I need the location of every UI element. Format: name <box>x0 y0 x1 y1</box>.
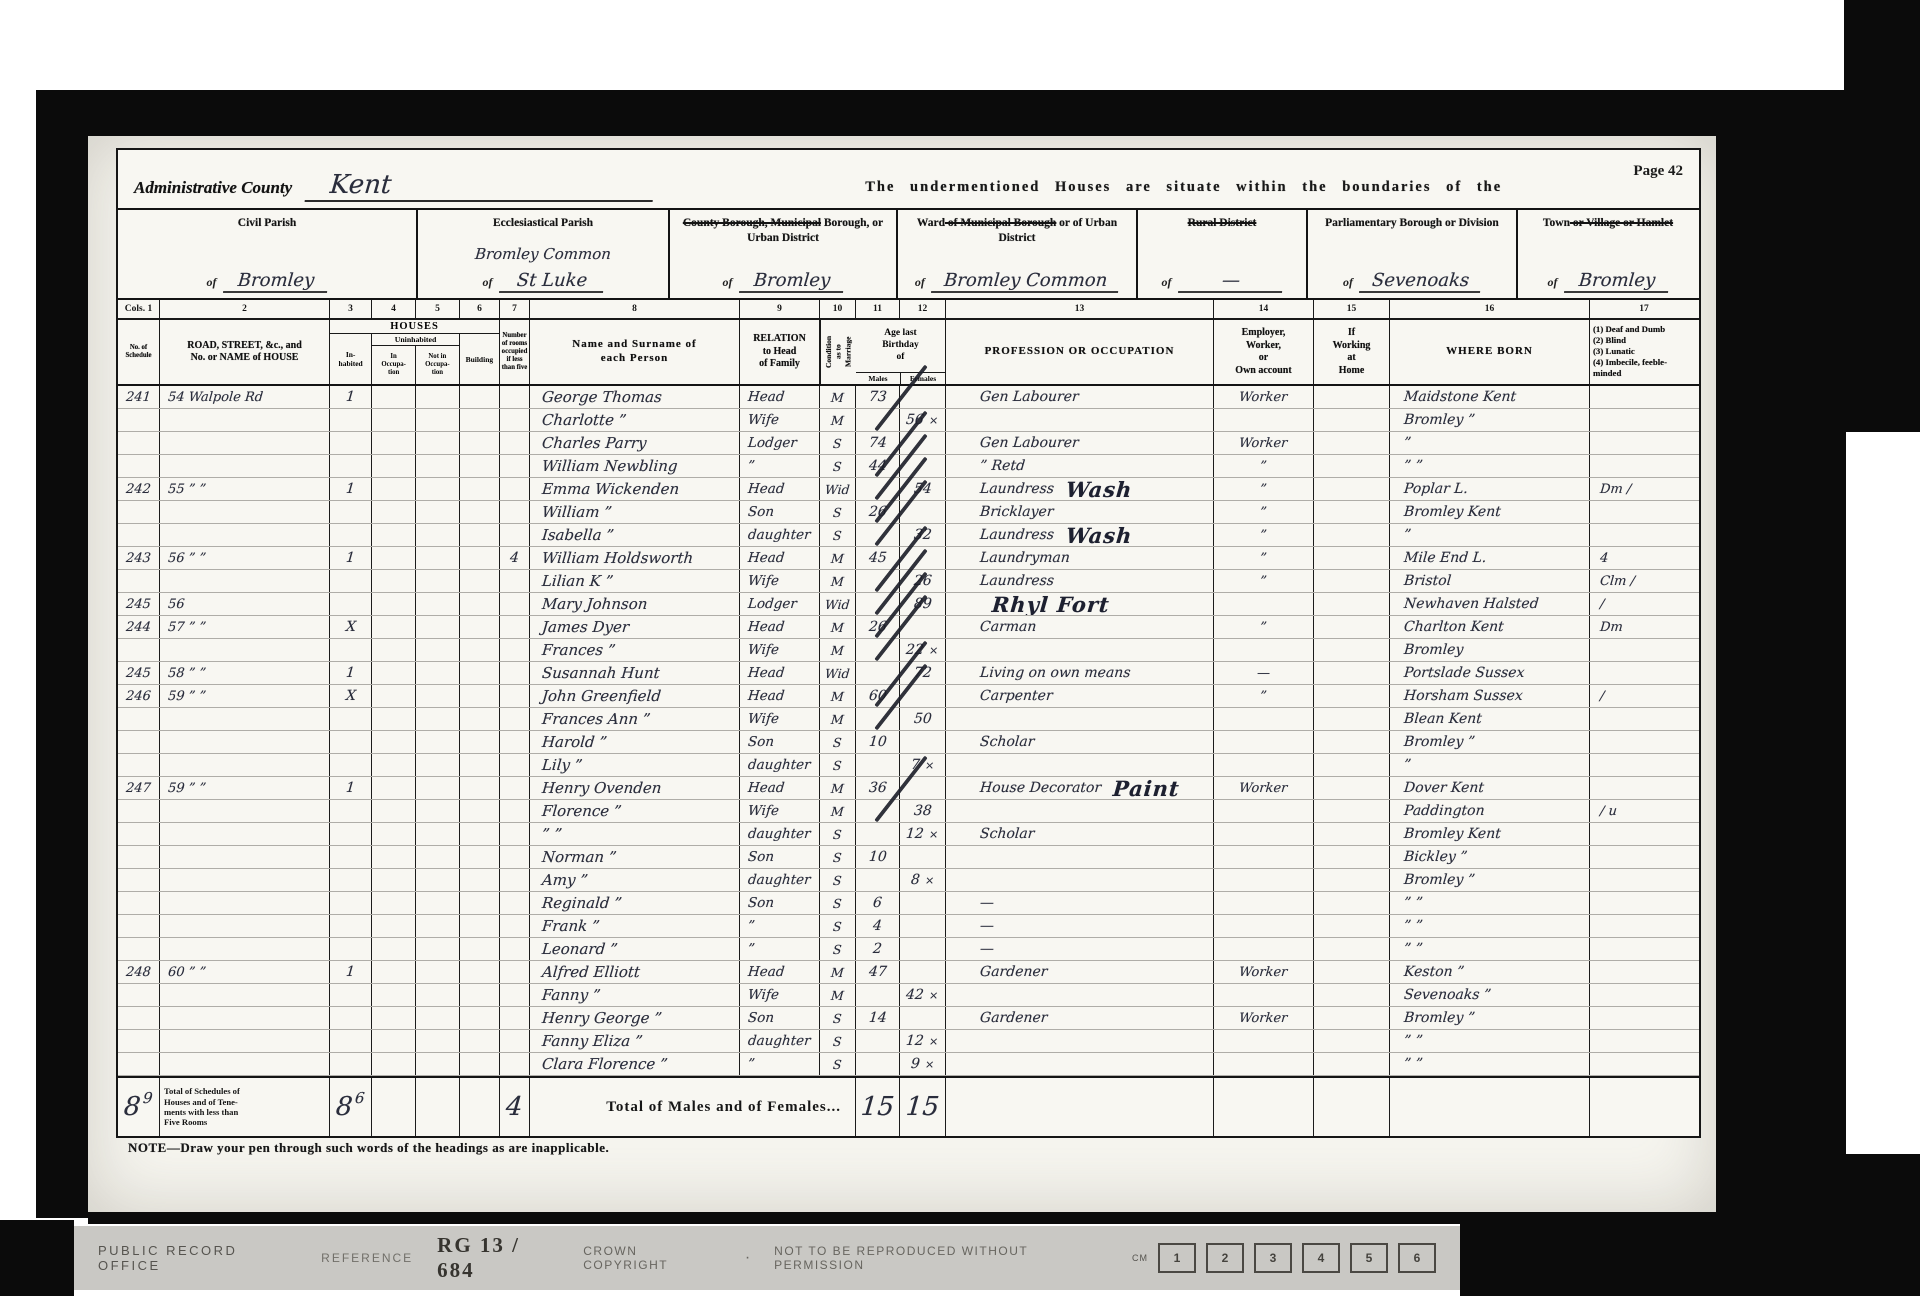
cell-rooms <box>500 961 530 983</box>
cell-unocc <box>372 708 416 730</box>
cell-rel: ” <box>740 1053 820 1075</box>
cell-name: Charlotte ” <box>530 409 740 431</box>
cell-rooms <box>500 915 530 937</box>
cell-am <box>856 869 900 891</box>
cell-unocc <box>372 662 416 684</box>
cell-addr <box>160 869 330 891</box>
cell-emp <box>1214 938 1314 960</box>
cell-rooms <box>500 869 530 891</box>
table-row: Reginald ”SonS6—” ” <box>118 892 1699 915</box>
cell-addr: 55 ” ” <box>160 478 330 500</box>
cell-name: Clara Florence ” <box>530 1053 740 1075</box>
cell-born: ” <box>1390 754 1590 776</box>
cell-bldg <box>460 1007 500 1029</box>
cell-inf <box>1590 754 1698 776</box>
cell-af: 50 <box>900 708 946 730</box>
cell-emp <box>1214 731 1314 753</box>
column-number: 9 <box>740 300 820 318</box>
header-in-occupation: In Occupa- tion <box>372 346 416 384</box>
cell-am <box>856 1053 900 1075</box>
cell-home <box>1314 478 1390 500</box>
cell-home <box>1314 455 1390 477</box>
cell-am <box>856 754 900 776</box>
cell-unnot <box>416 593 460 615</box>
page-number: Page 42 <box>1633 163 1699 208</box>
district-value: — <box>1177 270 1283 293</box>
cell-inf <box>1590 846 1698 868</box>
cell-rel: ” <box>740 938 820 960</box>
cell-cond: S <box>820 501 856 523</box>
header-males: Males <box>856 373 901 384</box>
cell-rel: Son <box>740 731 820 753</box>
cell-af: 12× <box>900 1030 946 1052</box>
table-row: Frank ””S4—” ” <box>118 915 1699 938</box>
cell-addr <box>160 823 330 845</box>
cell-rel: Head <box>740 386 820 408</box>
column-number: 7 <box>500 300 530 318</box>
cell-sched: 245 <box>118 662 160 684</box>
cell-af: 38 <box>900 800 946 822</box>
cell-rel: Head <box>740 961 820 983</box>
cell-name: Emma Wickenden <box>530 478 740 500</box>
cell-rel: Head <box>740 478 820 500</box>
cell-emp: ” <box>1214 501 1314 523</box>
cell-am: 14 <box>856 1007 900 1029</box>
cell-inf <box>1590 823 1698 845</box>
table-row: 24860 ” ”1Alfred ElliottHeadM47GardenerW… <box>118 961 1699 984</box>
cell-addr: 60 ” ” <box>160 961 330 983</box>
cell-inf <box>1590 938 1698 960</box>
cell-rel: Head <box>740 685 820 707</box>
cell-rel: Son <box>740 846 820 868</box>
cell-unnot <box>416 846 460 868</box>
cell-home <box>1314 570 1390 592</box>
table-row: Frances ”WifeM22×Bromley <box>118 639 1699 662</box>
cell-name: Reginald ” <box>530 892 740 914</box>
footer-reference: RG 13 / 684 <box>437 1233 559 1283</box>
footer-notice: NOT TO BE REPRODUCED WITHOUT PERMISSION <box>774 1244 1108 1272</box>
cell-home <box>1314 915 1390 937</box>
district-value: Sevenoaks <box>1359 270 1482 293</box>
cell-rooms <box>500 685 530 707</box>
cell-occ <box>946 708 1214 730</box>
cell-emp <box>1214 915 1314 937</box>
footer-copyright: CROWN COPYRIGHT <box>583 1244 721 1272</box>
column-number: 2 <box>160 300 330 318</box>
cell-rel: Son <box>740 501 820 523</box>
cell-af <box>900 731 946 753</box>
cell-inh: 1 <box>330 386 372 408</box>
cell-cond: M <box>820 685 856 707</box>
table-row: Clara Florence ””S9×” ” <box>118 1053 1699 1076</box>
cell-unocc <box>372 455 416 477</box>
cell-cond: S <box>820 938 856 960</box>
cell-addr: 56 <box>160 593 330 615</box>
header-infirmities: (1) Deaf and Dumb (2) Blind (3) Lunatic … <box>1590 320 1698 384</box>
cell-unocc <box>372 823 416 845</box>
cell-inf: Clm / <box>1590 570 1698 592</box>
cell-unnot <box>416 662 460 684</box>
cell-born: Newhaven Halsted <box>1390 593 1590 615</box>
cell-name: Amy ” <box>530 869 740 891</box>
cell-rel: ” <box>740 915 820 937</box>
cell-inh <box>330 570 372 592</box>
cell-af <box>900 938 946 960</box>
cell-cond: M <box>820 984 856 1006</box>
cell-cond: Wid <box>820 662 856 684</box>
cell-emp <box>1214 846 1314 868</box>
cell-unocc <box>372 1007 416 1029</box>
cell-bldg <box>460 708 500 730</box>
cell-cond: Wid <box>820 478 856 500</box>
cell-emp: Worker <box>1214 386 1314 408</box>
cell-cond: M <box>820 961 856 983</box>
cell-unnot <box>416 455 460 477</box>
cell-addr <box>160 1007 330 1029</box>
cell-sched: 241 <box>118 386 160 408</box>
admin-county-value: Kent <box>305 170 656 202</box>
cell-inh <box>330 432 372 454</box>
cell-am: 4 <box>856 915 900 937</box>
cell-unocc <box>372 915 416 937</box>
cell-rel: daughter <box>740 1030 820 1052</box>
header-rooms: Number of rooms occupied if less than fi… <box>500 320 530 384</box>
cell-af: 9× <box>900 1053 946 1075</box>
column-number: 15 <box>1314 300 1390 318</box>
pen-annotation: Wash <box>1065 524 1134 546</box>
table-row: Florence ”WifeM38Paddington/ u <box>118 800 1699 823</box>
cell-am <box>856 1030 900 1052</box>
cell-rel: daughter <box>740 754 820 776</box>
cell-unnot <box>416 915 460 937</box>
cell-unnot <box>416 869 460 891</box>
cell-addr <box>160 938 330 960</box>
cell-addr <box>160 731 330 753</box>
cell-cond: S <box>820 1007 856 1029</box>
cell-inh: 1 <box>330 478 372 500</box>
cell-rooms <box>500 800 530 822</box>
cell-unocc <box>372 409 416 431</box>
cell-unnot <box>416 961 460 983</box>
cell-home <box>1314 386 1390 408</box>
cell-cond: S <box>820 823 856 845</box>
cell-inh <box>330 892 372 914</box>
cell-sched <box>118 731 160 753</box>
cell-sched <box>118 570 160 592</box>
cell-home <box>1314 731 1390 753</box>
cell-inh <box>330 846 372 868</box>
cell-unnot <box>416 570 460 592</box>
cell-born: ” ” <box>1390 892 1590 914</box>
cell-unnot <box>416 938 460 960</box>
cell-cond: S <box>820 1053 856 1075</box>
header-uninhabited: Uninhabited <box>372 334 458 346</box>
note-line: NOTE—Draw your pen through such words of… <box>128 1140 609 1156</box>
cell-cond: S <box>820 731 856 753</box>
cell-inf <box>1590 1053 1698 1075</box>
cell-addr: 54 Walpole Rd <box>160 386 330 408</box>
total-rooms: 4 <box>500 1078 530 1136</box>
cell-emp <box>1214 708 1314 730</box>
cell-home <box>1314 984 1390 1006</box>
cell-emp <box>1214 869 1314 891</box>
total-males: 15 <box>856 1078 900 1136</box>
cell-born: Mile End L. <box>1390 547 1590 569</box>
cell-home <box>1314 823 1390 845</box>
cell-inf: / <box>1590 685 1698 707</box>
cell-cond: S <box>820 455 856 477</box>
cell-born: Sevenoaks ” <box>1390 984 1590 1006</box>
cell-inf <box>1590 409 1698 431</box>
cell-sched <box>118 708 160 730</box>
scan-border-top-right <box>1844 0 1920 432</box>
cell-inh <box>330 708 372 730</box>
pen-annotation: Rhyl Fort <box>991 593 1111 615</box>
cell-sched <box>118 1030 160 1052</box>
cell-born: Portslade Sussex <box>1390 662 1590 684</box>
district-value: Bromley <box>1563 270 1669 293</box>
cell-name: William Holdsworth <box>530 547 740 569</box>
cell-rooms <box>500 984 530 1006</box>
cell-inf <box>1590 915 1698 937</box>
cell-occ: — <box>946 915 1214 937</box>
cell-rooms <box>500 386 530 408</box>
cell-unocc <box>372 639 416 661</box>
cell-unocc <box>372 754 416 776</box>
cell-rel: Son <box>740 892 820 914</box>
cell-inh <box>330 639 372 661</box>
cell-name: Harold ” <box>530 731 740 753</box>
cell-bldg <box>460 570 500 592</box>
cell-occ <box>946 1053 1214 1075</box>
cell-occ: Gen Labourer <box>946 432 1214 454</box>
footer-cm-label: CM <box>1132 1253 1148 1263</box>
table-row: Henry George ”SonS14GardenerWorkerBromle… <box>118 1007 1699 1030</box>
cell-home <box>1314 547 1390 569</box>
cell-addr <box>160 455 330 477</box>
table-row: Fanny Eliza ”daughterS12×” ” <box>118 1030 1699 1053</box>
cell-occ: — <box>946 938 1214 960</box>
cell-bldg <box>460 409 500 431</box>
cell-inf <box>1590 1030 1698 1052</box>
cell-sched <box>118 639 160 661</box>
cell-occ: Bricklayer <box>946 501 1214 523</box>
cell-inh: 1 <box>330 547 372 569</box>
cell-unnot <box>416 1053 460 1075</box>
cell-born: Maidstone Kent <box>1390 386 1590 408</box>
total-inhabited: 86 <box>330 1078 372 1136</box>
cell-name: Norman ” <box>530 846 740 868</box>
cell-sched <box>118 455 160 477</box>
cell-cond: S <box>820 869 856 891</box>
district-header: County Borough, Municipal Borough, or Ur… <box>670 210 898 298</box>
cell-emp <box>1214 984 1314 1006</box>
cell-sched <box>118 915 160 937</box>
header-uninhabited-group: Uninhabited In Occupa- tion Not in Occup… <box>372 334 459 384</box>
cell-addr: 56 ” ” <box>160 547 330 569</box>
cell-name: Lily ” <box>530 754 740 776</box>
cell-rooms <box>500 570 530 592</box>
cell-born: Bromley ” <box>1390 409 1590 431</box>
cell-unnot <box>416 892 460 914</box>
cell-sched: 243 <box>118 547 160 569</box>
cell-occ <box>946 409 1214 431</box>
cell-name: Fanny Eliza ” <box>530 1030 740 1052</box>
cell-cond: S <box>820 432 856 454</box>
cell-born: Bromley ” <box>1390 1007 1590 1029</box>
cell-inh <box>330 1053 372 1075</box>
cell-am: 10 <box>856 846 900 868</box>
cell-occ: Living on own means <box>946 662 1214 684</box>
cell-rel: daughter <box>740 823 820 845</box>
cell-sched: 248 <box>118 961 160 983</box>
cell-sched: 246 <box>118 685 160 707</box>
cell-inh: X <box>330 616 372 638</box>
cell-emp <box>1214 892 1314 914</box>
cell-born: ” <box>1390 432 1590 454</box>
cell-rooms <box>500 892 530 914</box>
cell-inf <box>1590 961 1698 983</box>
cell-unocc <box>372 984 416 1006</box>
cell-inf <box>1590 639 1698 661</box>
cell-inh <box>330 800 372 822</box>
cell-home <box>1314 524 1390 546</box>
totals-row: 89 Total of Schedules of Houses and of T… <box>118 1076 1699 1136</box>
cell-born: Bromley ” <box>1390 869 1590 891</box>
cell-unocc <box>372 616 416 638</box>
header-working-at-home: If Working at Home <box>1314 320 1390 384</box>
cell-born: Poplar L. <box>1390 478 1590 500</box>
header-schedule: No. of Schedule <box>118 320 160 384</box>
cell-rel: Lodger <box>740 593 820 615</box>
cell-rooms: 4 <box>500 547 530 569</box>
cell-rooms <box>500 777 530 799</box>
table-row: Harold ”SonS10ScholarBromley ” <box>118 731 1699 754</box>
cell-name: John Greenfield <box>530 685 740 707</box>
cell-sched <box>118 938 160 960</box>
cell-inh: 1 <box>330 961 372 983</box>
cell-rel: Wife <box>740 984 820 1006</box>
cell-name: Leonard ” <box>530 938 740 960</box>
cell-addr <box>160 501 330 523</box>
cell-inh <box>330 869 372 891</box>
cell-unocc <box>372 570 416 592</box>
pen-annotation: Paint <box>1112 777 1181 799</box>
admin-county-row: Administrative County Kent The underment… <box>118 150 1699 210</box>
cell-unocc <box>372 386 416 408</box>
cell-born: Bickley ” <box>1390 846 1590 868</box>
cell-emp: ” <box>1214 616 1314 638</box>
cell-occ: — <box>946 892 1214 914</box>
cell-born: Bromley ” <box>1390 731 1590 753</box>
cell-af <box>900 1007 946 1029</box>
cell-rel: Wife <box>740 570 820 592</box>
ruler-box: 5 <box>1350 1243 1388 1273</box>
table-row: Fanny ”WifeM42×Sevenoaks ” <box>118 984 1699 1007</box>
cell-inh <box>330 409 372 431</box>
cell-unocc <box>372 846 416 868</box>
cell-inh <box>330 1030 372 1052</box>
cell-born: Blean Kent <box>1390 708 1590 730</box>
cell-inh <box>330 731 372 753</box>
scan-border-under-page <box>88 1212 1460 1224</box>
district-value: Bromley <box>738 270 844 293</box>
cell-unnot <box>416 524 460 546</box>
cell-bldg <box>460 616 500 638</box>
cell-rooms <box>500 616 530 638</box>
cell-rooms <box>500 409 530 431</box>
total-males-females-label: Total of Males and of Females... <box>530 1078 856 1136</box>
header-not-in-occupation: Not in Occupa- tion <box>416 346 459 384</box>
cell-unnot <box>416 616 460 638</box>
footer-cm-ruler: CM 123456 <box>1132 1243 1436 1273</box>
cell-home <box>1314 593 1390 615</box>
header-name: Name and Surname of each Person <box>530 320 740 384</box>
cell-name: Frances ” <box>530 639 740 661</box>
cell-inf: Dm / <box>1590 478 1698 500</box>
header-condition: Condition as to Marriage <box>820 320 856 384</box>
cell-rel: Head <box>740 547 820 569</box>
district-headers: Civil ParishofBromleyEcclesiastical Pari… <box>118 210 1699 300</box>
cell-name: Lilian K ” <box>530 570 740 592</box>
cell-home <box>1314 708 1390 730</box>
cell-emp <box>1214 409 1314 431</box>
cell-bldg <box>460 593 500 615</box>
cell-sched <box>118 984 160 1006</box>
cell-rel: Wife <box>740 800 820 822</box>
cell-occ: Scholar <box>946 731 1214 753</box>
table-row: Amy ”daughterS8×Bromley ” <box>118 869 1699 892</box>
table-row: Lily ”daughterS7×” <box>118 754 1699 777</box>
cell-unnot <box>416 731 460 753</box>
cell-occ: ” Retd <box>946 455 1214 477</box>
cell-inf <box>1590 892 1698 914</box>
cell-emp: Worker <box>1214 961 1314 983</box>
table-row: Charlotte ”WifeM56×Bromley ” <box>118 409 1699 432</box>
cell-bldg <box>460 547 500 569</box>
cell-unocc <box>372 892 416 914</box>
column-number: 6 <box>460 300 500 318</box>
cell-home <box>1314 1053 1390 1075</box>
cell-inh <box>330 984 372 1006</box>
column-number: 14 <box>1214 300 1314 318</box>
cell-emp: ” <box>1214 570 1314 592</box>
cell-cond: M <box>820 616 856 638</box>
cell-name: ” ” <box>530 823 740 845</box>
cell-rooms <box>500 1007 530 1029</box>
cell-sched <box>118 846 160 868</box>
cell-home <box>1314 662 1390 684</box>
cell-cond: M <box>820 409 856 431</box>
cell-addr <box>160 1030 330 1052</box>
cell-rooms <box>500 823 530 845</box>
cell-emp <box>1214 1053 1314 1075</box>
column-numbers-row: Cols. 1234567891011121314151617 <box>118 300 1699 320</box>
cell-born: ” ” <box>1390 915 1590 937</box>
cell-unnot <box>416 1007 460 1029</box>
district-value: Bromley Common <box>931 270 1120 293</box>
header-building: Building <box>460 334 499 384</box>
cell-sched <box>118 1007 160 1029</box>
cell-sched <box>118 754 160 776</box>
cell-inf <box>1590 1007 1698 1029</box>
cell-occ: Scholar <box>946 823 1214 845</box>
footer-office: PUBLIC RECORD OFFICE <box>98 1243 297 1273</box>
header-houses: HOUSES <box>330 320 499 334</box>
cell-rel: Lodger <box>740 432 820 454</box>
cell-unocc <box>372 800 416 822</box>
cell-home <box>1314 892 1390 914</box>
